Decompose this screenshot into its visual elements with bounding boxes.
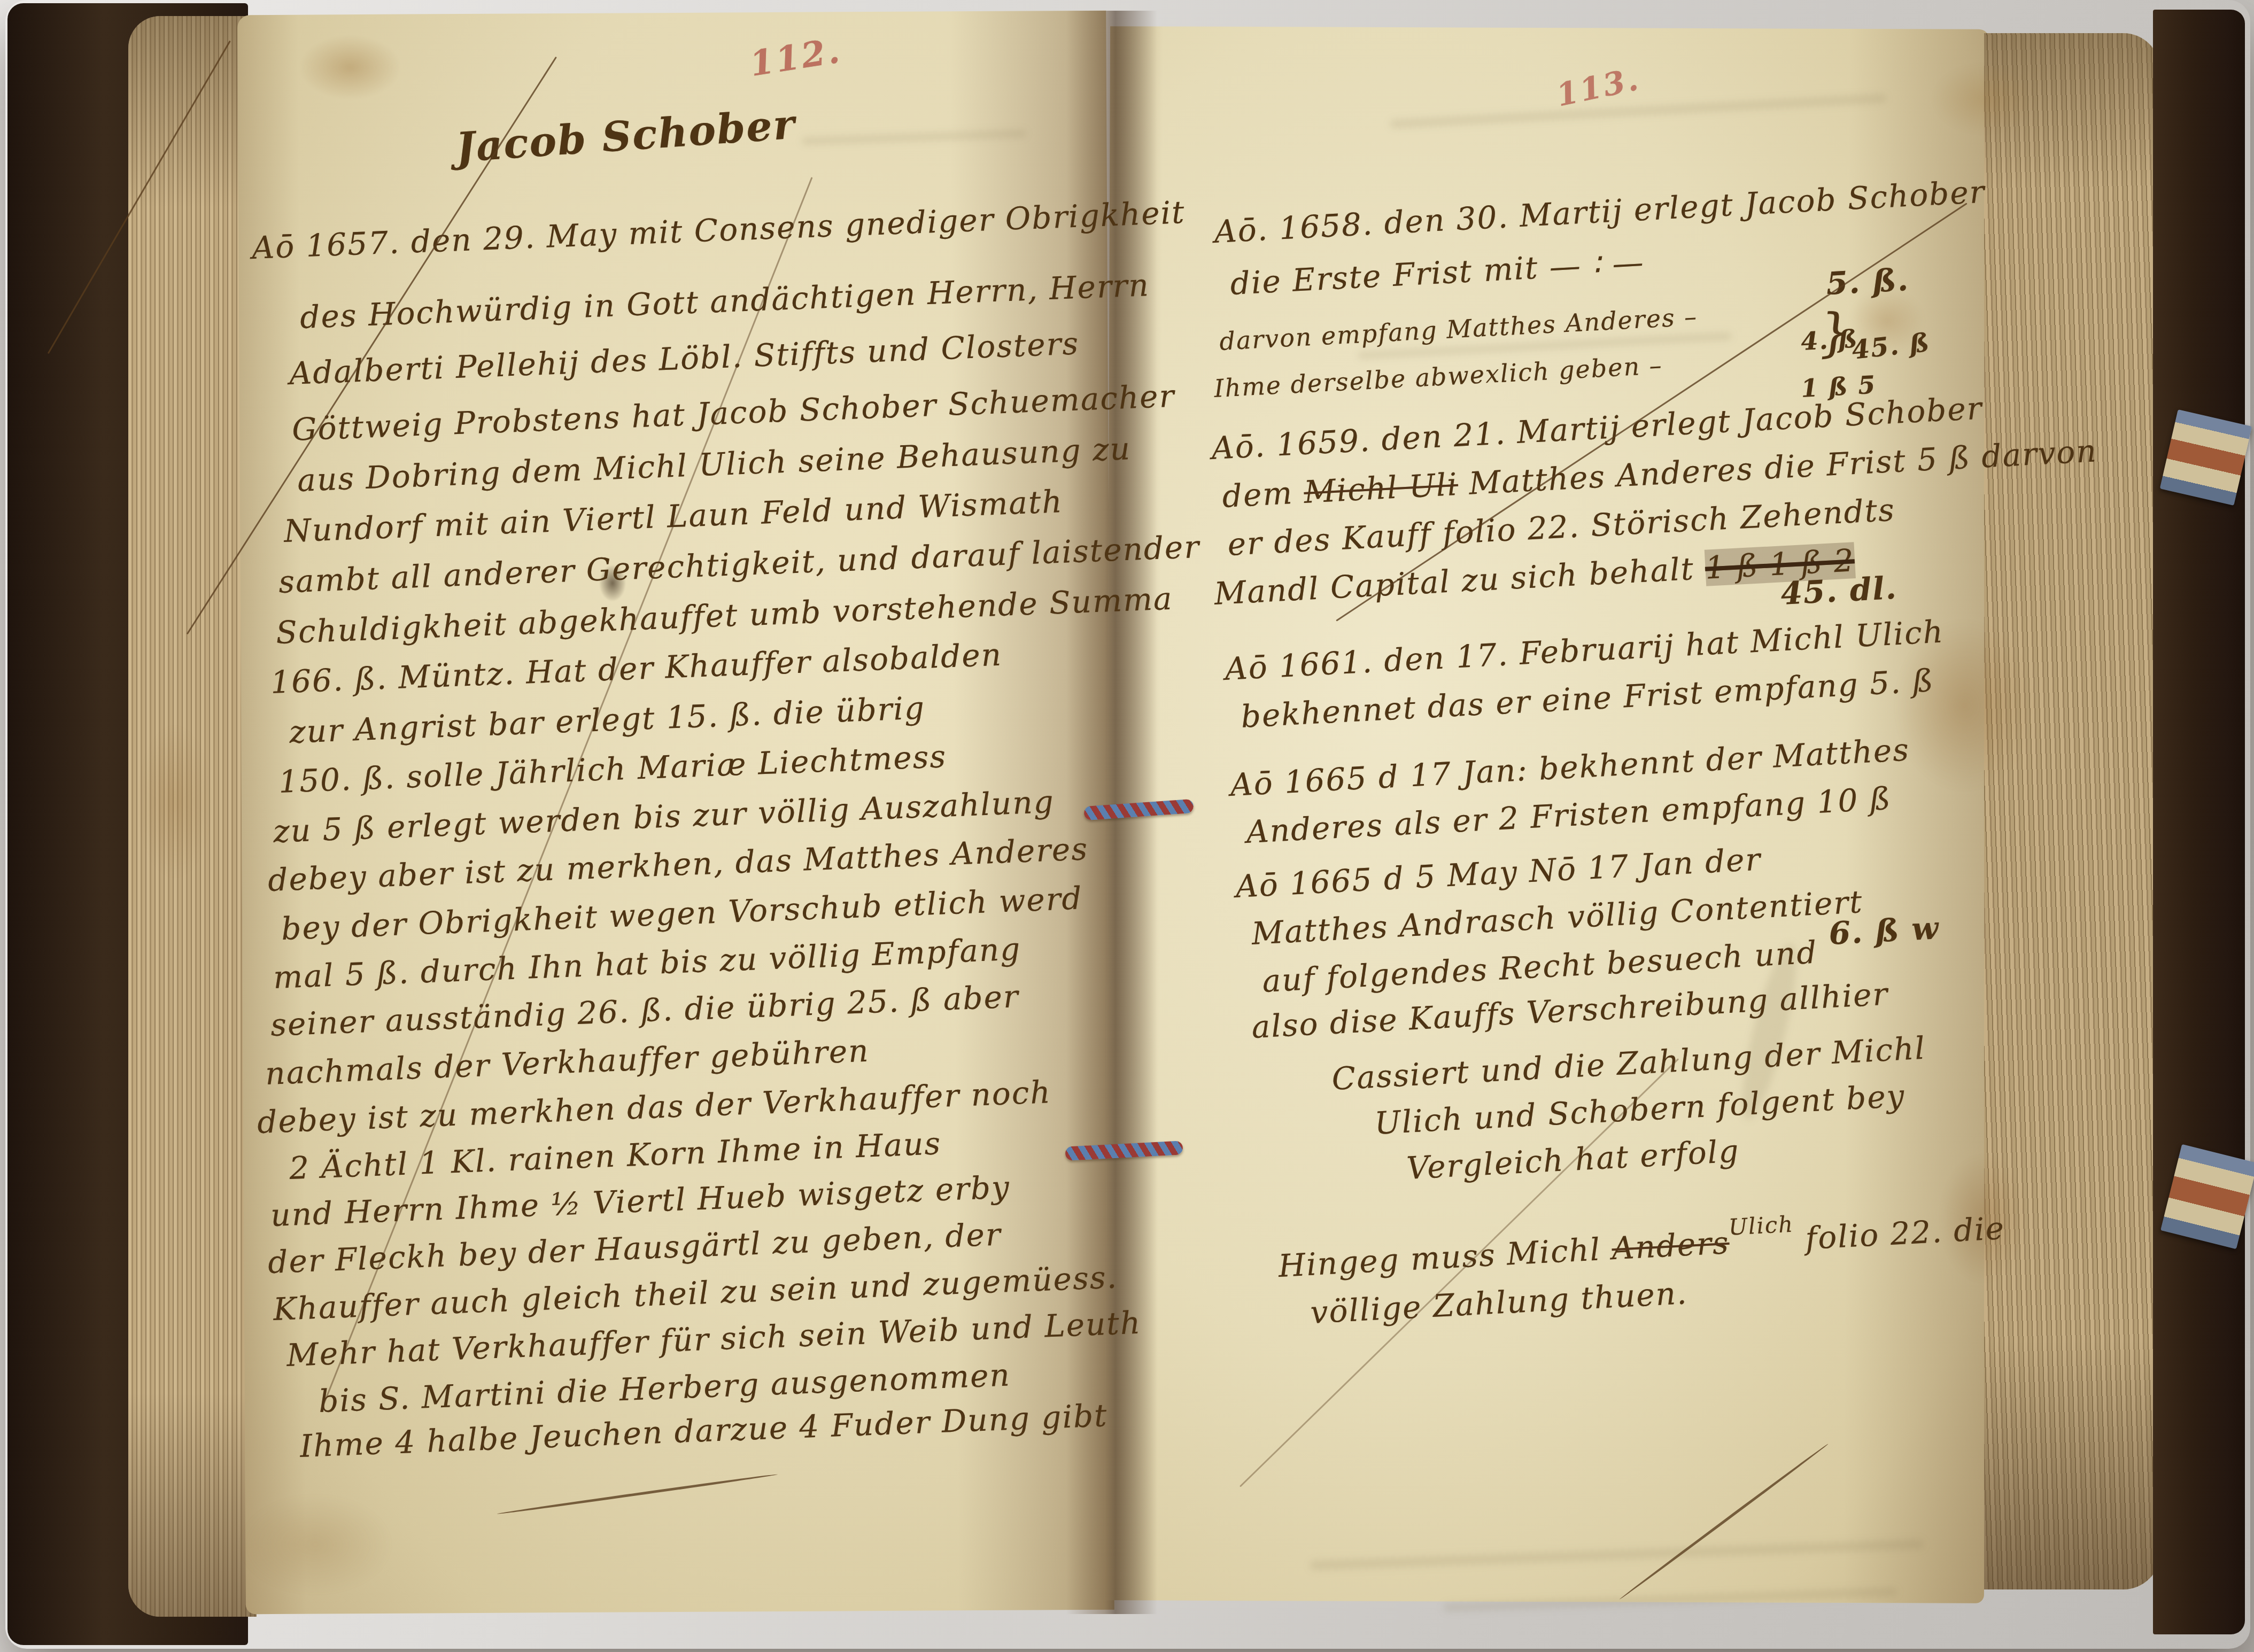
paper-stain	[241, 1496, 390, 1593]
inserted-correction: Ulich	[1728, 1211, 1795, 1240]
account-brace: }	[1816, 301, 1854, 363]
paper-stain	[299, 35, 401, 99]
amount-value: 45. dl.	[1780, 570, 1898, 612]
photo-background: 112. 113. Jacob Schober Aō 1657. den 29.…	[0, 0, 2254, 1652]
struck-text: Anders	[1611, 1224, 1730, 1267]
paper-stain	[140, 727, 210, 877]
right-page-edge-stack	[1984, 33, 2160, 1589]
amount-value: 6. ß w	[1828, 910, 1940, 952]
right-leather-cover	[2153, 10, 2245, 1634]
paper-stain	[1932, 64, 2034, 134]
